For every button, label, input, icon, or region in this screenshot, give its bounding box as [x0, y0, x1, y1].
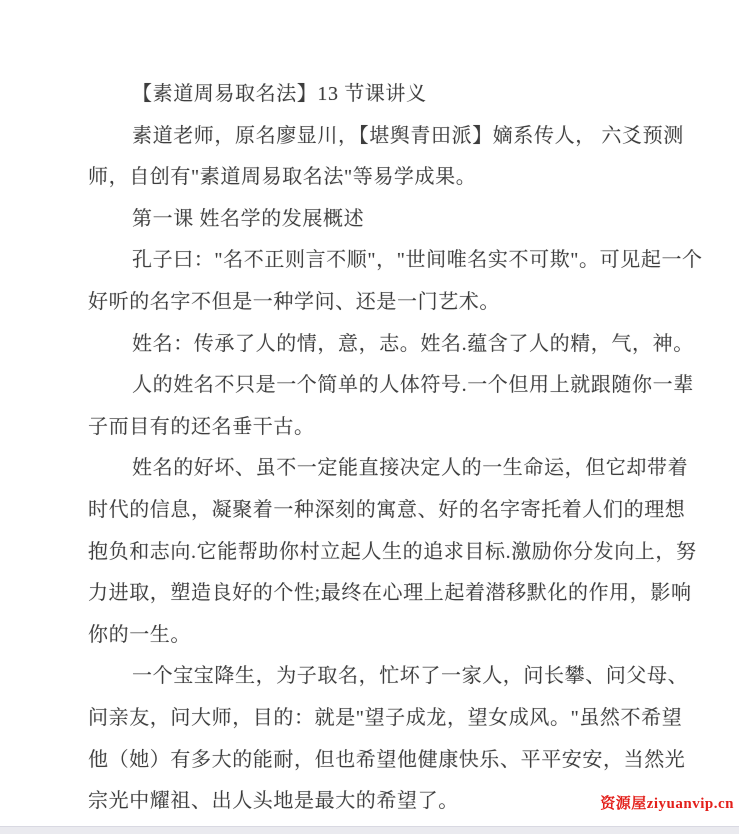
document-line: 第一课 姓名学的发展概述	[88, 199, 663, 241]
document-body: 【素道周易取名法】13 节课讲义素道老师，原名廖显川，【堪舆青田派】嫡系传人， …	[88, 74, 663, 823]
document-line: 他（她）有多大的能耐，但也希望他健康快乐、平平安安，当然光	[88, 740, 663, 782]
document-line: 抱负和志向.它能帮助你村立起人生的追求目标.激励你分发向上，努	[88, 532, 663, 574]
document-line: 好听的名字不但是一种学问、还是一门艺术。	[88, 282, 663, 324]
document-line: 姓名：传承了人的情，意，志。姓名.蕴含了人的精，气，神。	[88, 324, 663, 366]
document-line: 师，自创有"素道周易取名法"等易学成果。	[88, 157, 663, 199]
document-line: 你的一生。	[88, 615, 663, 657]
document-line: 子而目有的还名垂干古。	[88, 407, 663, 449]
document-line: 问亲友，问大师，目的：就是"望子成龙，望女成风。"虽然不希望	[88, 698, 663, 740]
document-line: 人的姓名不只是一个简单的人体符号.一个但用上就跟随你一辈	[88, 365, 663, 407]
document-line: 姓名的好坏、虽不一定能直接决定人的一生命运，但它却带着	[88, 448, 663, 490]
document-line: 素道老师，原名廖显川，【堪舆青田派】嫡系传人， 六爻预测	[88, 116, 663, 158]
document-line: 力进取，塑造良好的个性;最终在心理上起着潜移默化的作用，影响	[88, 573, 663, 615]
page-bottom-edge	[0, 826, 739, 834]
document-line: 一个宝宝降生，为子取名，忙坏了一家人，问长攀、问父母、	[88, 656, 663, 698]
document-line: 时代的信息，凝聚着一种深刻的寓意、好的名字寄托着人们的理想	[88, 490, 663, 532]
document-line: 孔子曰："名不正则言不顺"，"世间唯名实不可欺"。可见起一个	[88, 240, 663, 282]
document-line: 【素道周易取名法】13 节课讲义	[88, 74, 663, 116]
watermark: 资源屋ziyuanvip.cn	[600, 792, 734, 813]
document-line: 宗光中耀祖、出人头地是最大的希望了。	[88, 781, 663, 823]
